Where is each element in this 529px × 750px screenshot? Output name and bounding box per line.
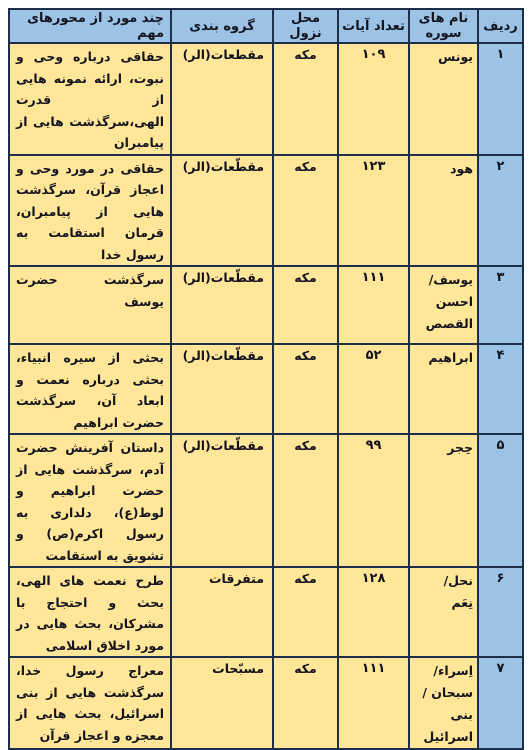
header-verse-count: تعداد آیات bbox=[338, 9, 409, 43]
themes-cell: سرگذشت حضرت یوسف bbox=[9, 266, 171, 344]
surah-name-cell: یوسف/ احسن القصص bbox=[409, 266, 478, 344]
header-row-no: ردیف bbox=[478, 9, 523, 43]
surah-name-cell: ابراهیم bbox=[409, 344, 478, 434]
verse-count-cell: ۵۲ bbox=[338, 344, 409, 434]
themes-cell: طرح نعمت های الهی، بحث و احتجاج با مشرکا… bbox=[9, 567, 171, 657]
verse-count-cell: ۱۱۱ bbox=[338, 266, 409, 344]
row-number-cell: ۶ bbox=[478, 567, 523, 657]
table-row: ۴ ابراهیم ۵۲ مکه مقطّعات(الر) بحثی از سی… bbox=[9, 344, 523, 434]
verse-count-cell: ۱۰۹ bbox=[338, 43, 409, 155]
table-row: ۲ هود ۱۲۳ مکه مقطّعات(الر) حقاقی در مورد… bbox=[9, 155, 523, 267]
surah-info-table: ردیف نام های سوره تعداد آیات محل نزول گر… bbox=[8, 8, 524, 750]
revelation-place-cell: مکه bbox=[273, 434, 338, 567]
verse-count-cell: ۹۹ bbox=[338, 434, 409, 567]
page: ردیف نام های سوره تعداد آیات محل نزول گر… bbox=[0, 0, 529, 618]
grouping-cell: مقطّعات(الر) bbox=[171, 266, 273, 344]
table-row: ۵ حِجر ۹۹ مکه مقطّعات(الر) داستان آفرینش… bbox=[9, 434, 523, 567]
row-number-cell: ۳ bbox=[478, 266, 523, 344]
revelation-place-cell: مکه bbox=[273, 344, 338, 434]
verse-count-cell: ۱۲۳ bbox=[338, 155, 409, 267]
row-number-cell: ۲ bbox=[478, 155, 523, 267]
revelation-place-cell: مکه bbox=[273, 657, 338, 749]
themes-cell: معراج رسول خدا، سرگذشت هایی از بنی اسرائ… bbox=[9, 657, 171, 749]
surah-name-cell: نحل/ نِعَم bbox=[409, 567, 478, 657]
row-number-cell: ۱ bbox=[478, 43, 523, 155]
grouping-cell: مقطّعات(الر) bbox=[171, 344, 273, 434]
header-grouping: گروه بندی bbox=[171, 9, 273, 43]
table-header-row: ردیف نام های سوره تعداد آیات محل نزول گر… bbox=[9, 9, 523, 43]
row-number-cell: ۴ bbox=[478, 344, 523, 434]
surah-name-cell: هود bbox=[409, 155, 478, 267]
surah-name-cell: اِسراء/ سبحان / بنی اسرائیل bbox=[409, 657, 478, 749]
verse-count-cell: ۱۲۸ bbox=[338, 567, 409, 657]
revelation-place-cell: مکه bbox=[273, 567, 338, 657]
revelation-place-cell: مکه bbox=[273, 43, 338, 155]
header-themes: چند مورد از محورهای مهم bbox=[9, 9, 171, 43]
surah-name-cell: حِجر bbox=[409, 434, 478, 567]
header-surah-names: نام های سوره bbox=[409, 9, 478, 43]
themes-cell: بحثی از سیره انبیاء، بحثی درباره نعمت و … bbox=[9, 344, 171, 434]
grouping-cell: متفرقات bbox=[171, 567, 273, 657]
verse-count-cell: ۱۱۱ bbox=[338, 657, 409, 749]
surah-name-cell: یونس bbox=[409, 43, 478, 155]
grouping-cell: مقطعات(الر) bbox=[171, 43, 273, 155]
themes-cell: حقاقی در مورد وحی و اعجاز قرآن، سرگذشت ه… bbox=[9, 155, 171, 267]
themes-cell: حقاقی درباره وحی و نبوت، ارائه نمونه های… bbox=[9, 43, 171, 155]
grouping-cell: مسبّحات bbox=[171, 657, 273, 749]
table-row: ۱ یونس ۱۰۹ مکه مقطعات(الر) حقاقی درباره … bbox=[9, 43, 523, 155]
table-row: ۷ اِسراء/ سبحان / بنی اسرائیل ۱۱۱ مکه مس… bbox=[9, 657, 523, 749]
themes-cell: داستان آفرینش حضرت آدم، سرگذشت هایی از ح… bbox=[9, 434, 171, 567]
row-number-cell: ۵ bbox=[478, 434, 523, 567]
grouping-cell: مقطّعات(الر) bbox=[171, 434, 273, 567]
header-revelation-place: محل نزول bbox=[273, 9, 338, 43]
grouping-cell: مقطّعات(الر) bbox=[171, 155, 273, 267]
revelation-place-cell: مکه bbox=[273, 266, 338, 344]
table-row: ۳ یوسف/ احسن القصص ۱۱۱ مکه مقطّعات(الر) … bbox=[9, 266, 523, 344]
revelation-place-cell: مکه bbox=[273, 155, 338, 267]
table-row: ۶ نحل/ نِعَم ۱۲۸ مکه متفرقات طرح نعمت ها… bbox=[9, 567, 523, 657]
row-number-cell: ۷ bbox=[478, 657, 523, 749]
